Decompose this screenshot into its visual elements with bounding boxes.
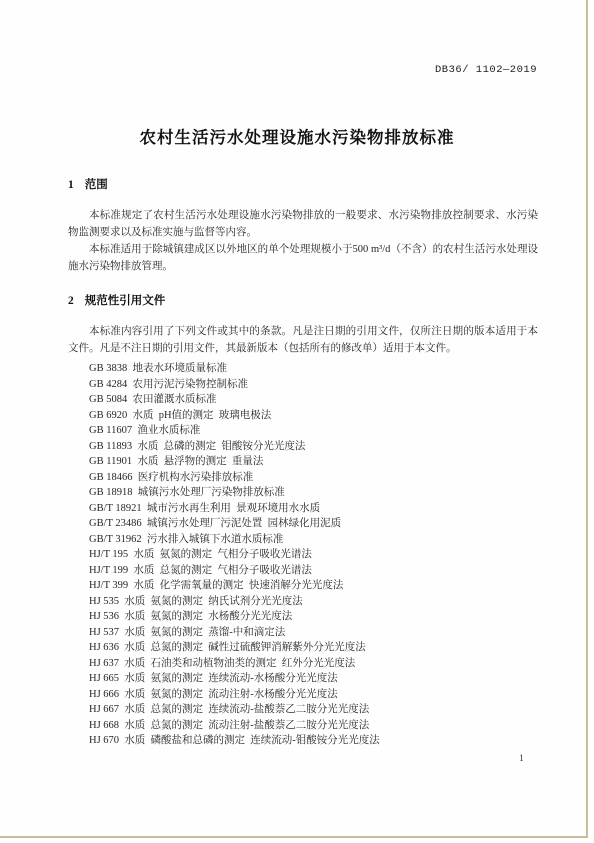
reference-item: GB/T 18921 城市污水再生利用 景观环境用水水质 [89, 501, 538, 517]
reference-item: HJ 667 水质 总氮的测定 连续流动-盐酸萘乙二胺分光光度法 [89, 702, 538, 718]
reference-item: HJ 668 水质 总氮的测定 流动注射-盐酸萘乙二胺分光光度法 [89, 718, 538, 734]
reference-item: GB 11607 渔业水质标准 [89, 423, 538, 439]
reference-item: HJ 537 水质 氨氮的测定 蒸馏-中和滴定法 [89, 625, 538, 641]
document-page: DB36/ 1102—2019 农村生活污水处理设施水污染物排放标准 1范围 本… [0, 0, 594, 843]
section-2-title: 规范性引用文件 [85, 295, 166, 307]
section-1-title: 范围 [85, 179, 108, 191]
reference-item: HJ 535 水质 氨氮的测定 纳氏试剂分光光度法 [89, 594, 538, 610]
reference-item: HJ 670 水质 磷酸盐和总磷的测定 连续流动-钼酸铵分光光度法 [89, 733, 538, 749]
section-2-number: 2 [68, 295, 74, 307]
reference-item: GB/T 31962 污水排入城镇下水道水质标准 [89, 532, 538, 548]
document-body: 1范围 本标准规定了农村生活污水处理设施水污染物排放的一般要求、水污染物排放控制… [68, 176, 538, 749]
section-spacer [68, 275, 538, 292]
section-1-paragraph-2: 本标准适用于除城镇建成区以外地区的单个处理规模小于500 m³/d（不含）的农村… [68, 241, 538, 275]
section-1-number: 1 [68, 179, 74, 191]
scan-page-edge-bottom [0, 836, 588, 838]
reference-item: GB 6920 水质 pH值的测定 玻璃电极法 [89, 408, 538, 424]
page-number: 1 [519, 754, 524, 764]
reference-item: HJ 665 水质 氨氮的测定 连续流动-水杨酸分光光度法 [89, 671, 538, 687]
section-1-paragraph-1: 本标准规定了农村生活污水处理设施水污染物排放的一般要求、水污染物排放控制要求、水… [68, 207, 538, 241]
reference-item: HJ 666 水质 氨氮的测定 流动注射-水杨酸分光光度法 [89, 687, 538, 703]
reference-item: GB 5084 农田灌溉水质标准 [89, 392, 538, 408]
reference-item: HJ 637 水质 石油类和动植物油类的测定 红外分光光度法 [89, 656, 538, 672]
reference-item: HJ 536 水质 氨氮的测定 水杨酸分光光度法 [89, 609, 538, 625]
reference-item: GB 11901 水质 悬浮物的测定 重量法 [89, 454, 538, 470]
reference-item: HJ/T 199 水质 总氮的测定 气相分子吸收光谱法 [89, 563, 538, 579]
section-2-intro: 本标准内容引用了下列文件或其中的条款。凡是注日期的引用文件，仅所注日期的版本适用… [68, 323, 538, 357]
section-1-heading: 1范围 [68, 176, 538, 192]
reference-item: GB 11893 水质 总磷的测定 钼酸铵分光光度法 [89, 439, 538, 455]
reference-item: HJ 636 水质 总氮的测定 碱性过硫酸钾消解紫外分光光度法 [89, 640, 538, 656]
normative-references-list: GB 3838 地表水环境质量标准GB 4284 农用污泥污染物控制标准GB 5… [68, 361, 538, 749]
reference-item: HJ/T 399 水质 化学需氧量的测定 快速消解分光光度法 [89, 578, 538, 594]
reference-item: GB 4284 农用污泥污染物控制标准 [89, 377, 538, 393]
reference-item: GB/T 23486 城镇污水处理厂污泥处置 园林绿化用泥质 [89, 516, 538, 532]
section-2-heading: 2规范性引用文件 [68, 292, 538, 308]
document-number: DB36/ 1102—2019 [435, 64, 537, 76]
reference-item: GB 18466 医疗机构水污染排放标准 [89, 470, 538, 486]
document-title: 农村生活污水处理设施水污染物排放标准 [0, 124, 594, 148]
reference-item: HJ/T 195 水质 氨氮的测定 气相分子吸收光谱法 [89, 547, 538, 563]
reference-item: GB 3838 地表水环境质量标准 [89, 361, 538, 377]
reference-item: GB 18918 城镇污水处理厂污染物排放标准 [89, 485, 538, 501]
